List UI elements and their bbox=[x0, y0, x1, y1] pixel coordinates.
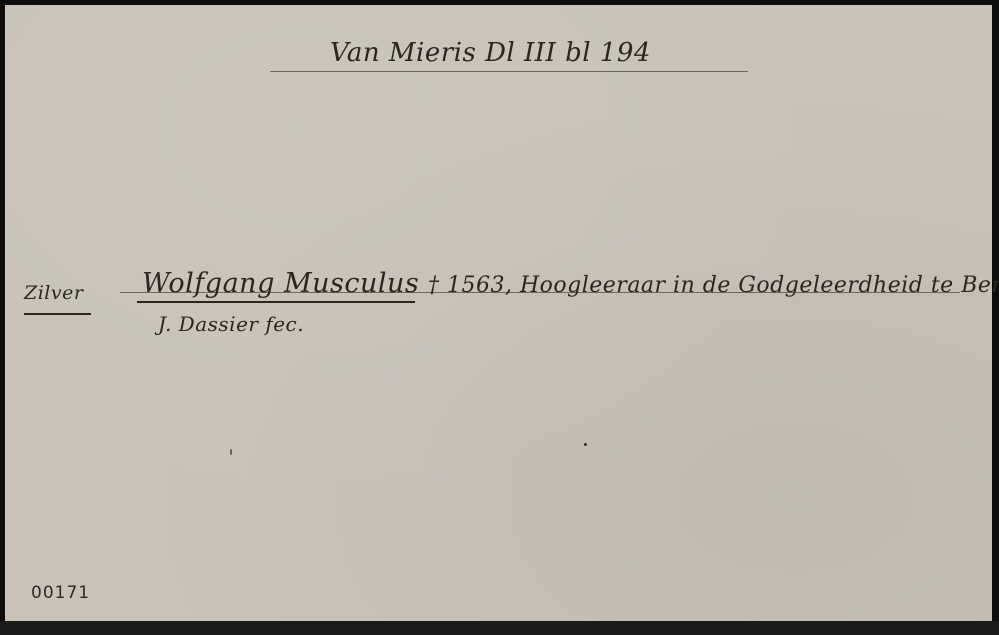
entry-line: Wolfgang Musculus † 1563, Hoogleeraar in… bbox=[142, 268, 999, 299]
paper-mark bbox=[230, 449, 232, 455]
catalog-card bbox=[5, 5, 992, 621]
category-label: Zilver bbox=[24, 282, 83, 304]
catalog-number: 00171 bbox=[31, 583, 90, 603]
card-header: Van Mieris Dl III bl 194 bbox=[330, 38, 651, 68]
scan-bottom-edge bbox=[0, 621, 999, 635]
category-underline bbox=[24, 313, 91, 315]
paper-speck bbox=[584, 443, 587, 446]
name-underline bbox=[137, 301, 415, 303]
subject-details: † 1563, Hoogleeraar in de Godgeleerdheid… bbox=[428, 273, 999, 298]
engraver-credit: J. Dassier fec. bbox=[158, 312, 304, 336]
subject-name: Wolfgang Musculus bbox=[142, 268, 419, 299]
header-rule bbox=[270, 71, 748, 72]
